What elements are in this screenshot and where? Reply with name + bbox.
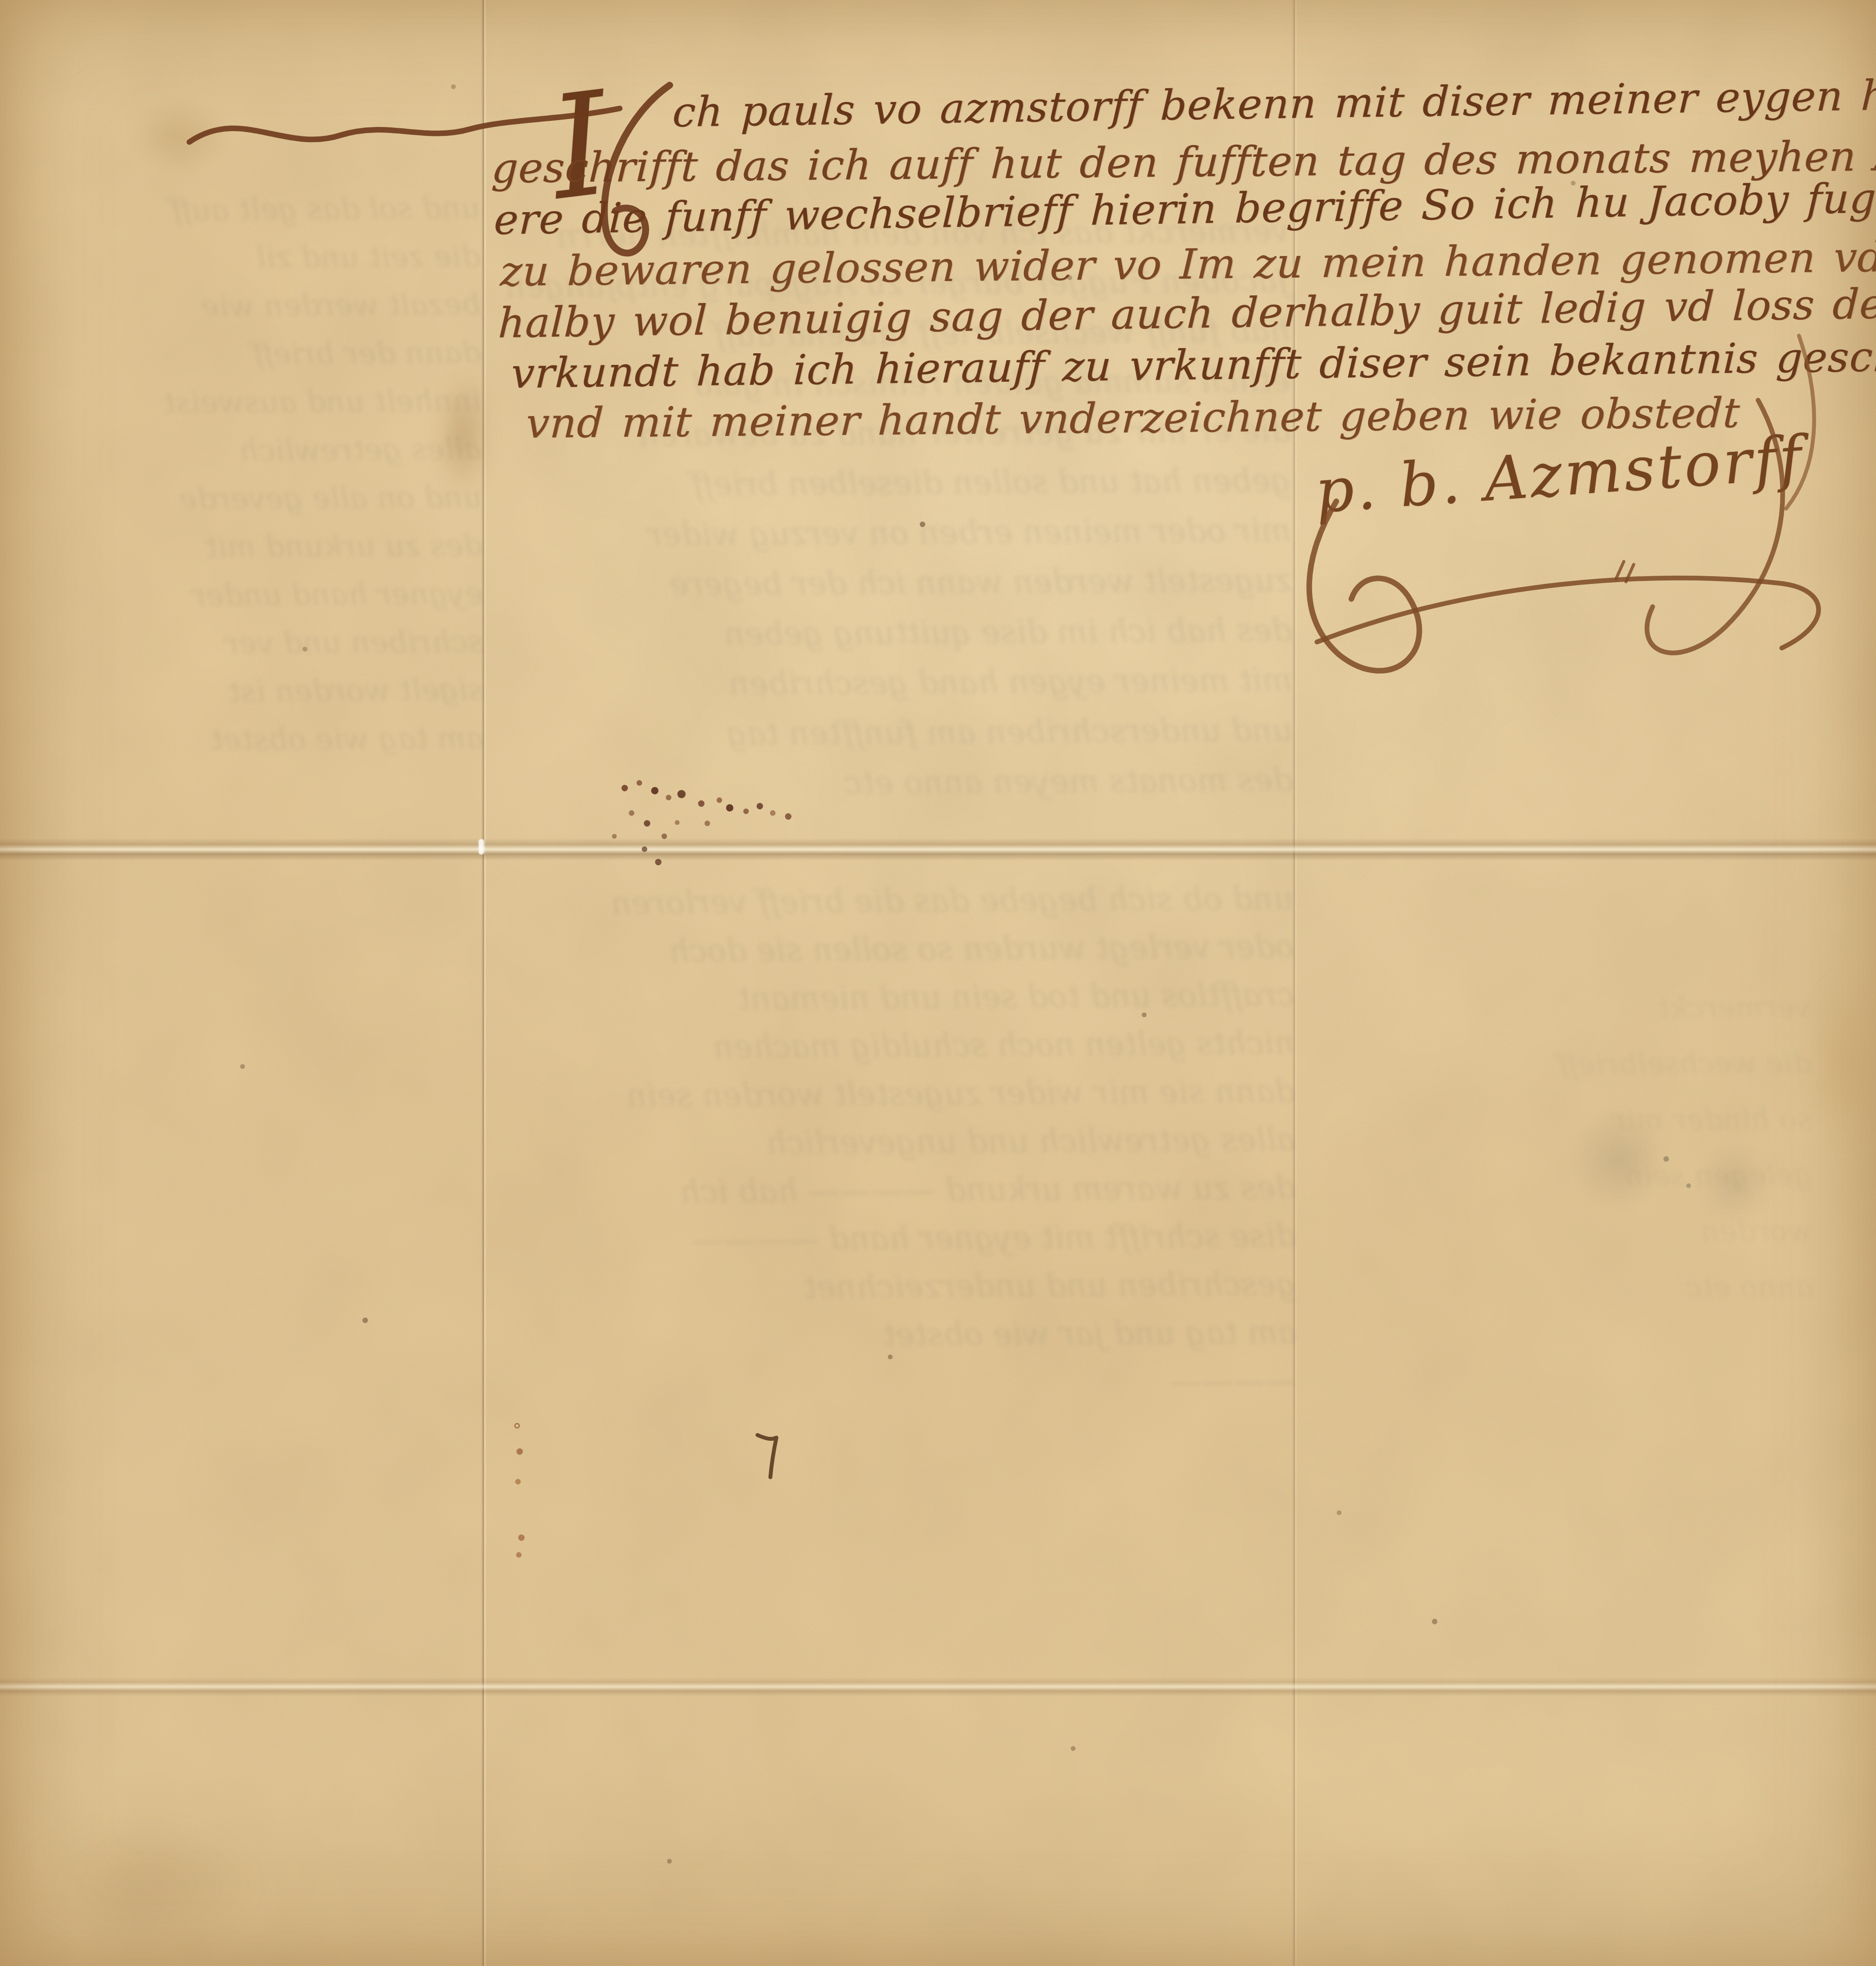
- ghost-line: worden: [1322, 1203, 1813, 1262]
- ghost-line: nichts gelten noch schuldig machen: [313, 1019, 1295, 1074]
- signature-flourish-double-tick: [1616, 562, 1634, 582]
- edge-stain: [1810, 970, 1876, 1155]
- text-line: vnd mit meiner handt vnderzeichnet geben…: [525, 389, 1741, 448]
- ghost-line: dann sie mir wider zugestelt worden sein: [314, 1067, 1295, 1122]
- ghost-line: am tag wie obstet: [58, 714, 484, 765]
- ghost-line: anno etc: [1322, 1259, 1813, 1318]
- ghost-line: ————: [316, 1356, 1298, 1411]
- verso-showthrough-middle: und ob sich begebe das die brieff verlor…: [312, 874, 1298, 1411]
- ghost-line: eygner hand under: [57, 569, 483, 620]
- ghost-line: innhelt und ausweist: [55, 377, 482, 428]
- ghost-line: des zu urkund mit: [56, 521, 483, 572]
- ghost-line: dise schrifft mit eygner hand ————: [315, 1212, 1296, 1267]
- ghost-line: alles getrewlich: [56, 425, 482, 476]
- ghost-line: am tag und jar wie obstet: [315, 1308, 1297, 1363]
- fold-crossing-tear: [479, 839, 484, 855]
- foxing-specks: [516, 1424, 519, 1427]
- ghost-line: des zu warem urkund ———— hab ich: [314, 1164, 1296, 1219]
- ghost-line: mir oder meinen erben on verzug wider: [504, 506, 1292, 561]
- signature-flourish-loop-left: [1309, 501, 1419, 671]
- ghost-line: die zeit und zil: [54, 232, 481, 283]
- manuscript-page: und sol das gelt auff die zeit und zil b…: [0, 0, 1876, 1966]
- ghost-line: gelegen sein: [1321, 1147, 1812, 1207]
- ink-stain: [129, 99, 228, 172]
- ghost-line: oder verlegt wurden so sollen sie doch: [313, 923, 1295, 978]
- ghost-line: und underschriben am funfften tag: [505, 705, 1293, 761]
- ghost-line: zugestelt werden wann ich der begere: [504, 556, 1292, 611]
- ghost-line: mit meiner eygen hand geschriben: [504, 655, 1292, 711]
- ghost-line: crafftlos und tod sein und niemant: [313, 971, 1295, 1026]
- ghost-line: bezalt werden wie: [55, 280, 481, 331]
- text-line: ch pauls vo azmstorff bekenn mit diser m…: [672, 70, 1876, 136]
- ghost-line: und ob sich begebe das die brieff verlor…: [312, 874, 1294, 929]
- fold-stain: [436, 373, 491, 496]
- signature-flourish-cross-stroke: [1317, 578, 1819, 648]
- ghost-line: dann der brieff: [55, 328, 482, 380]
- ghost-line: des hab ich im dise quittung geben: [504, 605, 1292, 661]
- verso-showthrough-upper-left: und sol das gelt auff die zeit und zil b…: [54, 184, 484, 765]
- fold-line-horizontal-upper: [0, 838, 1876, 861]
- ghost-line: so hinder mir: [1321, 1091, 1812, 1151]
- fold-line-vertical-left: [481, 0, 486, 1966]
- ghost-line: vermerckt: [1320, 979, 1811, 1039]
- verso-showthrough-right: vermerckt die wechselbrieff so hinder mi…: [1320, 979, 1813, 1318]
- fold-line-horizontal-lower: [0, 1677, 1876, 1696]
- smudge-stain: [1575, 1110, 1661, 1209]
- seven-shaped-mark: [757, 1435, 776, 1477]
- foxing-specks: [615, 770, 618, 773]
- ghost-line: und on alle geverde: [56, 473, 482, 524]
- ghost-line: geben hat und sollen dieselben brieff: [503, 456, 1291, 511]
- ghost-line: geschriben und underzeichnet: [315, 1260, 1297, 1315]
- scattered-specks: [0, 0, 3, 3]
- corner-stain: [17, 1820, 258, 1949]
- ghost-line: des monats meyen anno etc: [505, 755, 1293, 811]
- ghost-line: schriben und ver: [57, 617, 483, 669]
- ghost-line: sigelt worden ist: [57, 666, 484, 717]
- ghost-line: alles getrewlich und ungeverlich: [314, 1115, 1296, 1170]
- ghost-line: die wechselbrieff: [1320, 1035, 1811, 1095]
- smudge-stain: [1700, 1145, 1769, 1226]
- ghost-line: und sol das gelt auff: [54, 184, 480, 235]
